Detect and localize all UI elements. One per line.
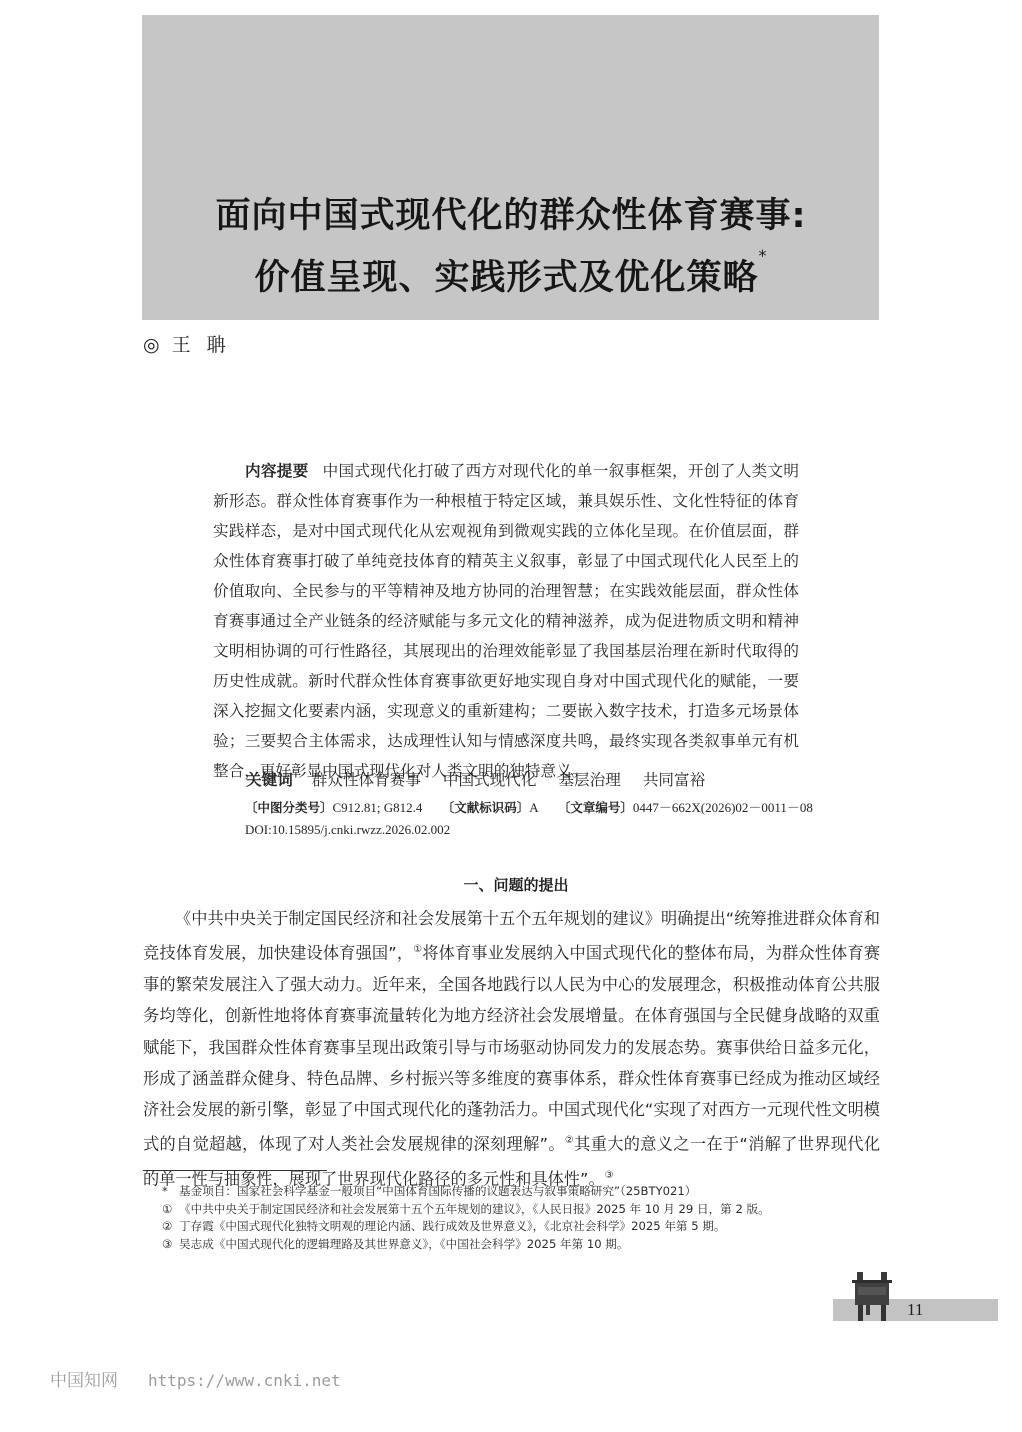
- footnote-item: ①《中共中央关于制定国民经济和社会发展第十五个五年规划的建议》，《人民日报》20…: [162, 1201, 770, 1219]
- author-name: 王聃: [172, 334, 242, 356]
- watermark-brand: 中国知网: [50, 1371, 118, 1391]
- footnote-ref-1[interactable]: ①: [413, 944, 422, 955]
- footnote-mark: *: [162, 1183, 179, 1201]
- footnote-item: ②丁存霞《中国式现代化独特文明观的理论内涵、践行成效及世界意义》，《北京社会科学…: [162, 1218, 770, 1236]
- page-number: 11: [907, 1300, 923, 1320]
- keyword-item: 共同富裕: [643, 771, 705, 789]
- footnote-ref-2[interactable]: ②: [565, 1135, 574, 1146]
- abstract-label: 内容提要: [245, 462, 309, 480]
- watermark: 中国知网https://www.cnki.net: [50, 1366, 341, 1391]
- footnote-mark: ②: [162, 1218, 179, 1236]
- paragraph-text: 将体育事业发展纳入中国式现代化的整体布局，为群众性体育赛事的繁荣发展注入了强大动…: [143, 944, 880, 1154]
- footnote-item: *基金项目：国家社会科学基金一般项目“中国体育国际传播的议题表达与叙事策略研究”…: [162, 1183, 770, 1201]
- footnote-item: ③吴志成《中国式现代化的逻辑理路及其世界意义》，《中国社会科学》2025 年第 …: [162, 1236, 770, 1254]
- article-title-line2: 价值呈现、实践形式及优化策略*: [0, 250, 1022, 300]
- keywords-label: 关键词: [246, 771, 293, 789]
- footnote-mark: ③: [162, 1236, 179, 1254]
- section-heading: 一、问题的提出: [0, 874, 1022, 895]
- title-footnote-mark[interactable]: *: [759, 246, 768, 265]
- footnote-text: 丁存霞《中国式现代化独特文明观的理论内涵、践行成效及世界意义》，《北京社会科学》…: [179, 1219, 725, 1233]
- footnote-mark: ①: [162, 1201, 179, 1219]
- footnote-text: 基金项目：国家社会科学基金一般项目“中国体育国际传播的议题表达与叙事策略研究”（…: [179, 1184, 696, 1198]
- keyword-item: 中国式现代化: [443, 771, 537, 789]
- ding-vessel-icon: [848, 1269, 896, 1323]
- article-no-value: 0447－662X(2026)02－0011－08: [633, 800, 813, 815]
- clc-label: 〔中图分类号〕: [245, 800, 333, 815]
- article-title-line1: 面向中国式现代化的群众性体育赛事:: [0, 188, 1022, 238]
- author-line: ◎ 王聃: [143, 330, 242, 357]
- footnote-divider: [143, 1170, 327, 1171]
- watermark-url[interactable]: https://www.cnki.net: [148, 1371, 341, 1390]
- keywords: 关键词 群众性体育赛事 中国式现代化 基层治理 共同富裕: [246, 768, 722, 790]
- article-title-line2-text: 价值呈现、实践形式及优化策略: [254, 258, 758, 298]
- body-paragraph: 《中共中央关于制定国民经济和社会发展第十五个五年规划的建议》明确提出“统筹推进群…: [143, 903, 880, 1195]
- keyword-item: 基层治理: [558, 771, 620, 789]
- abstract: 内容提要中国式现代化打破了西方对现代化的单一叙事框架，开创了人类文明新形态。群众…: [213, 456, 799, 786]
- doi[interactable]: DOI:10.15895/j.cnki.rwzz.2026.02.002: [245, 822, 450, 838]
- article-no-label: 〔文章编号〕: [558, 800, 633, 815]
- keyword-item: 群众性体育赛事: [312, 771, 421, 789]
- doc-code-value: A: [529, 800, 538, 815]
- footnote-ref-3[interactable]: ③: [605, 1170, 614, 1181]
- clc-value: C912.81; G812.4: [333, 800, 423, 815]
- abstract-text: 中国式现代化打破了西方对现代化的单一叙事框架，开创了人类文明新形态。群众性体育赛…: [213, 462, 799, 780]
- author-mark-icon: ◎: [143, 334, 160, 356]
- footnotes: *基金项目：国家社会科学基金一般项目“中国体育国际传播的议题表达与叙事策略研究”…: [162, 1183, 770, 1253]
- footnote-text: 吴志成《中国式现代化的逻辑理路及其世界意义》，《中国社会科学》2025 年第 1…: [179, 1237, 629, 1251]
- classification-line: 〔中图分类号〕C912.81; G812.4 〔文献标识码〕A 〔文章编号〕04…: [245, 797, 813, 816]
- doc-code-label: 〔文献标识码〕: [442, 800, 530, 815]
- footnote-text: 《中共中央关于制定国民经济和社会发展第十五个五年规划的建议》，《人民日报》202…: [179, 1202, 770, 1216]
